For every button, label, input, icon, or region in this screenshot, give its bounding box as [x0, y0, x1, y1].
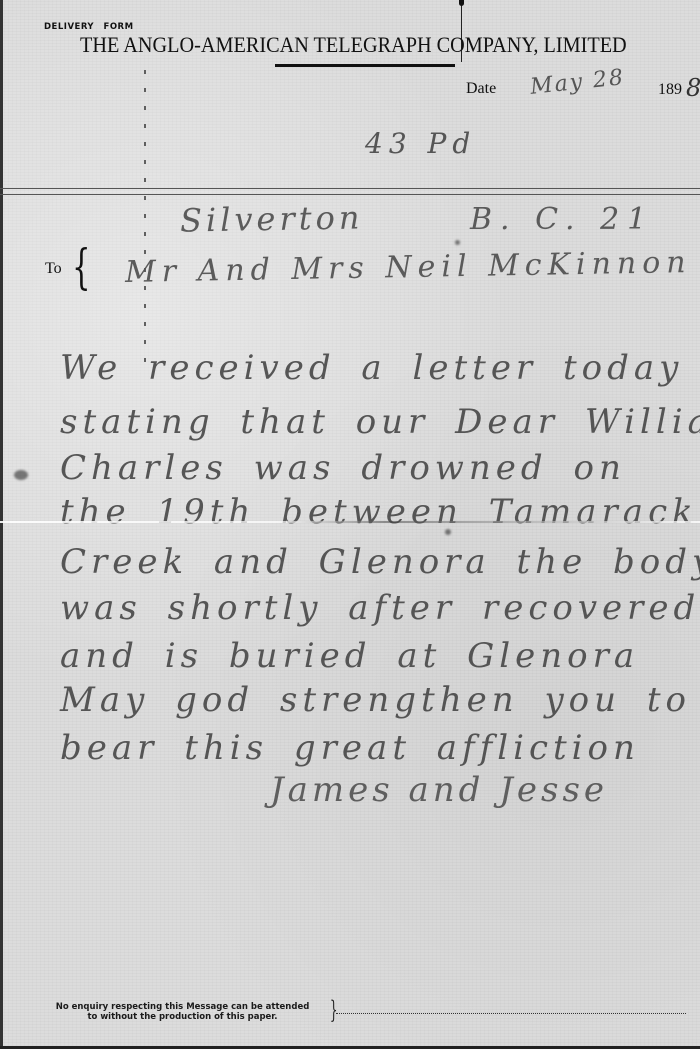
date-label: Date [466, 80, 496, 98]
footer-dotted-line [336, 1013, 686, 1014]
footer-notice: No enquiry respecting this Message can b… [40, 1002, 325, 1022]
message-line: May god strengthen you to [60, 680, 691, 720]
footer-brace-icon: } [330, 998, 338, 1022]
footer-notice-line2: to without the production of this paper. [40, 1012, 325, 1022]
reference-code: 43 Pd [365, 127, 476, 160]
signature: James and Jesse [270, 770, 608, 810]
message-line: was shortly after recovered [60, 588, 700, 628]
header-divider-rule [0, 188, 700, 195]
ink-stain [14, 470, 28, 480]
to-brace-icon: { [72, 243, 90, 291]
ink-dot [455, 240, 460, 245]
message-line: the 19th between Tamarack [60, 492, 698, 532]
date-year-prefix: 189 [658, 81, 682, 99]
message-line: Creek and Glenora the body [60, 542, 700, 582]
message-line: stating that our Dear William [60, 402, 700, 442]
date-year-digit: 8 [686, 74, 700, 102]
company-title: THE ANGLO-AMERICAN TELEGRAPH COMPANY, LI… [80, 32, 627, 58]
message-line: bear this great affliction [60, 728, 640, 768]
origin-code: B. C. 21 [470, 202, 654, 237]
to-label: To [45, 260, 62, 278]
fold-crease [0, 521, 700, 523]
message-line: We received a letter today [60, 348, 683, 388]
title-underline [275, 64, 455, 67]
message-line: Charles was drowned on [60, 448, 626, 488]
origin-place: Silverton [180, 198, 364, 239]
message-line: and is buried at Glenora [60, 636, 639, 676]
margin-perforation-dots [144, 70, 146, 370]
form-type-label: DELIVERY FORM [44, 22, 134, 32]
footer-notice-line1: No enquiry respecting this Message can b… [40, 1002, 325, 1012]
ink-dot [445, 529, 451, 535]
paper-left-edge [0, 0, 3, 1049]
